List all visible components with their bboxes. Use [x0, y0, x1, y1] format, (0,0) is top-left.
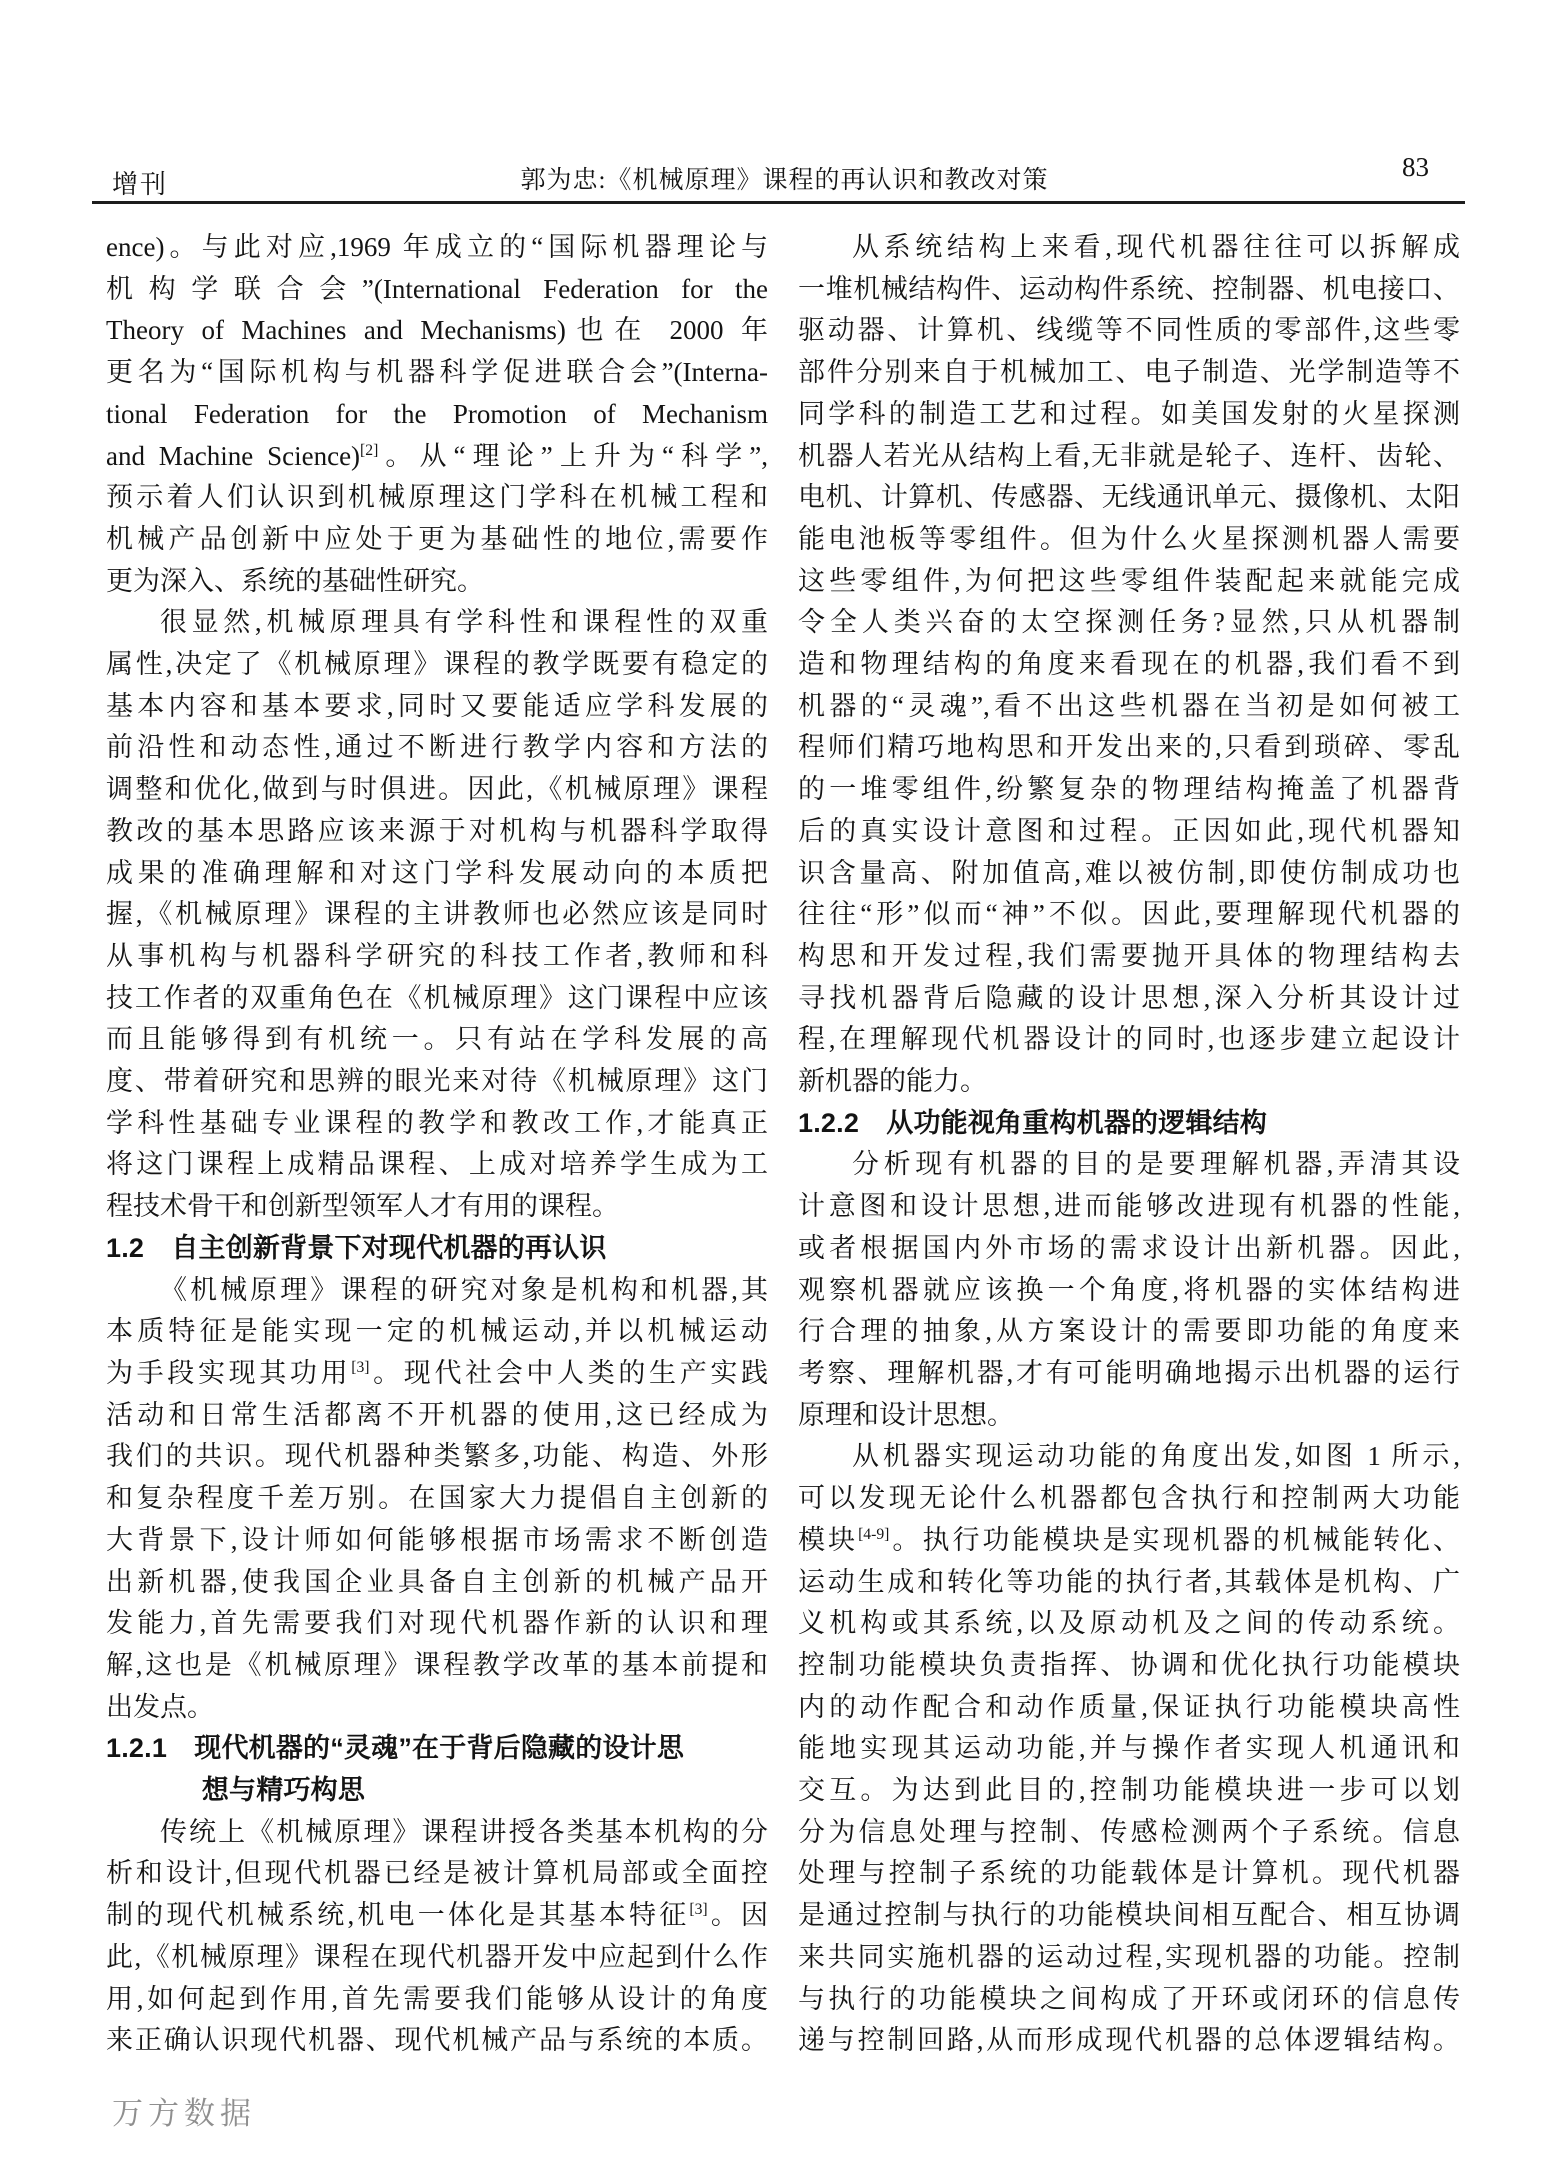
text-line: 电机、计算机、传感器、无线通讯单元、摄像机、太阳: [798, 477, 1460, 519]
text-line: 成果的准确理解和对这门学科发展动向的本质把: [106, 853, 768, 895]
text-line: 学科性基础专业课程的教学和教改工作,才能真正: [106, 1103, 768, 1145]
page-number: 83: [1402, 152, 1429, 183]
text-line: 来共同实施机器的运动过程,实现机器的功能。控制: [798, 1937, 1460, 1979]
text-line: 而且能够得到有机统一。只有站在学科发展的高: [106, 1019, 768, 1061]
text-line: 《机械原理》课程的研究对象是机构和机器,其: [106, 1270, 768, 1312]
text-line: tional Federation for the Promotion of M…: [106, 394, 768, 436]
text-line: and Machine Science)[2]。从“理论”上升为“科学”,: [106, 436, 768, 478]
text-line: 机械产品创新中应处于更为基础性的地位,需要作: [106, 519, 768, 561]
text-line: 程,在理解现代机器设计的同时,也逐步建立起设计: [798, 1019, 1460, 1061]
citation-superscript: [3]: [351, 1359, 369, 1376]
text-line: 机构学联合会”(International Federation for the: [106, 269, 768, 311]
text-line: 我们的共识。现代机器种类繁多,功能、构造、外形: [106, 1436, 768, 1478]
text-line: 计意图和设计思想,进而能够改进现有机器的性能,: [798, 1186, 1460, 1228]
text-line: 寻找机器背后隐藏的设计思想,深入分析其设计过: [798, 978, 1460, 1020]
text-line: 将这门课程上成精品课程、上成对培养学生成为工: [106, 1144, 768, 1186]
text-line: 机器的“灵魂”,看不出这些机器在当初是如何被工: [798, 686, 1460, 728]
text-line: 观察机器就应该换一个角度,将机器的实体结构进: [798, 1270, 1460, 1312]
text-line: 此,《机械原理》课程在现代机器开发中应起到什么作: [106, 1937, 768, 1979]
text-line: 前沿性和动态性,通过不断进行教学内容和方法的: [106, 727, 768, 769]
text-line: 用,如何起到作用,首先需要我们能够从设计的角度: [106, 1979, 768, 2021]
text-line: 的一堆零组件,纷繁复杂的物理结构掩盖了机器背: [798, 769, 1460, 811]
text-line: 教改的基本思路应该来源于对机构与机器科学取得: [106, 811, 768, 853]
text-line: 与执行的功能模块之间构成了开环或闭环的信息传: [798, 1979, 1460, 2021]
text-line: 为手段实现其功用[3]。现代社会中人类的生产实践: [106, 1353, 768, 1395]
text-line: 义机构或其系统,以及原动机及之间的传动系统。: [798, 1603, 1460, 1645]
citation-superscript: [2]: [360, 442, 378, 459]
text-line: 大背景下,设计师如何能够根据市场需求不断创造: [106, 1520, 768, 1562]
text-line: 运动生成和转化等功能的执行者,其载体是机构、广: [798, 1562, 1460, 1604]
text-line: 本质特征是能实现一定的机械运动,并以机械运动: [106, 1311, 768, 1353]
text-line: 处理与控制子系统的功能载体是计算机。现代机器: [798, 1853, 1460, 1895]
text-line: 技工作者的双重角色在《机械原理》这门课程中应该: [106, 978, 768, 1020]
text-line: 度、带着研究和思辨的眼光来对待《机械原理》这门: [106, 1061, 768, 1103]
text-line: 更名为“国际机构与机器科学促进联合会”(Interna-: [106, 352, 768, 394]
text-line: 发能力,首先需要我们对现代机器作新的认识和理: [106, 1603, 768, 1645]
text-line: 活动和日常生活都离不开机器的使用,这已经成为: [106, 1395, 768, 1437]
text-line: 构思和开发过程,我们需要抛开具体的物理结构去: [798, 936, 1460, 978]
document-page: 增刊 郭为忠:《机械原理》课程的再认识和教改对策 83 ence)。与此对应,1…: [0, 0, 1549, 2168]
text-line: 或者根据国内外市场的需求设计出新机器。因此,: [798, 1228, 1460, 1270]
text-line: 从事机构与机器科学研究的科技工作者,教师和科: [106, 936, 768, 978]
text-line: 识含量高、附加值高,难以被仿制,即使仿制成功也: [798, 853, 1460, 895]
text-line: 更为深入、系统的基础性研究。: [106, 561, 768, 603]
text-line: 部件分别来自于机械加工、电子制造、光学制造等不: [798, 352, 1460, 394]
text-line: 一堆机械结构件、运动构件系统、控制器、机电接口、: [798, 269, 1460, 311]
text-line: 基本内容和基本要求,同时又要能适应学科发展的: [106, 686, 768, 728]
text-line: 传统上《机械原理》课程讲授各类基本机构的分: [106, 1812, 768, 1854]
text-line: 驱动器、计算机、线缆等不同性质的零部件,这些零: [798, 310, 1460, 352]
text-line: 递与控制回路,从而形成现代机器的总体逻辑结构。: [798, 2020, 1460, 2062]
text-line: 可以发现无论什么机器都包含执行和控制两大功能: [798, 1478, 1460, 1520]
text-line: 析和设计,但现代机器已经是被计算机局部或全面控: [106, 1853, 768, 1895]
text-line: 控制功能模块负责指挥、协调和优化执行功能模块: [798, 1645, 1460, 1687]
right-column: 从系统结构上来看,现代机器往往可以拆解成一堆机械结构件、运动构件系统、控制器、机…: [798, 227, 1460, 2062]
text-line: 交互。为达到此目的,控制功能模块进一步可以划: [798, 1770, 1460, 1812]
text-line: 考察、理解机器,才有可能明确地揭示出机器的运行: [798, 1353, 1460, 1395]
text-line: 原理和设计思想。: [798, 1395, 1460, 1437]
text-line: 很显然,机械原理具有学科性和课程性的双重: [106, 602, 768, 644]
text-line: 从机器实现运动功能的角度出发,如图 1 所示,: [798, 1436, 1460, 1478]
text-line: 制的现代机械系统,机电一体化是其基本特征[3]。因: [106, 1895, 768, 1937]
text-columns: ence)。与此对应,1969 年成立的“国际机器理论与机构学联合会”(Inte…: [106, 227, 1460, 2062]
text-line: 能电池板等零组件。但为什么火星探测机器人需要: [798, 519, 1460, 561]
text-line: 是通过控制与执行的功能模块间相互配合、相互协调: [798, 1895, 1460, 1937]
page-header: 增刊 郭为忠:《机械原理》课程的再认识和教改对策 83: [108, 150, 1461, 198]
text-line: 和复杂程度千差万别。在国家大力提倡自主创新的: [106, 1478, 768, 1520]
text-line: ence)。与此对应,1969 年成立的“国际机器理论与: [106, 227, 768, 269]
text-line: 属性,决定了《机械原理》课程的教学既要有稳定的: [106, 644, 768, 686]
text-line: 模块[4-9]。执行功能模块是实现机器的机械能转化、: [798, 1520, 1460, 1562]
text-line: 同学科的制造工艺和过程。如美国发射的火星探测: [798, 394, 1460, 436]
watermark: 万方数据: [112, 2088, 256, 2133]
text-line: 程师们精巧地构思和开发出来的,只看到琐碎、零乱: [798, 727, 1460, 769]
text-line: 这些零组件,为何把这些零组件装配起来就能完成: [798, 561, 1460, 603]
section-heading: 1.2.1 现代机器的“灵魂”在于背后隐藏的设计思: [106, 1728, 768, 1770]
text-line: 行合理的抽象,从方案设计的需要即功能的角度来: [798, 1311, 1460, 1353]
text-line: 从系统结构上来看,现代机器往往可以拆解成: [798, 227, 1460, 269]
text-line: 新机器的能力。: [798, 1061, 1460, 1103]
section-heading: 1.2 自主创新背景下对现代机器的再认识: [106, 1228, 768, 1270]
text-line: 出新机器,使我国企业具备自主创新的机械产品开: [106, 1562, 768, 1604]
text-line: 来正确认识现代机器、现代机械产品与系统的本质。: [106, 2020, 768, 2062]
text-line: 分析现有机器的目的是要理解机器,弄清其设: [798, 1144, 1460, 1186]
text-line: 内的动作配合和动作质量,保证执行功能模块高性: [798, 1687, 1460, 1729]
text-line: 后的真实设计意图和过程。正因如此,现代机器知: [798, 811, 1460, 853]
left-column: ence)。与此对应,1969 年成立的“国际机器理论与机构学联合会”(Inte…: [106, 227, 768, 2062]
text-line: 机器人若光从结构上看,无非就是轮子、连杆、齿轮、: [798, 436, 1460, 478]
section-heading: 1.2.2 从功能视角重构机器的逻辑结构: [798, 1103, 1460, 1145]
text-line: 造和物理结构的角度来看现在的机器,我们看不到: [798, 644, 1460, 686]
text-line: 分为信息处理与控制、传感检测两个子系统。信息: [798, 1812, 1460, 1854]
text-line: 往往“形”似而“神”不似。因此,要理解现代机器的: [798, 894, 1460, 936]
text-line: 握,《机械原理》课程的主讲教师也必然应该是同时: [106, 894, 768, 936]
header-rule: [92, 201, 1465, 204]
section-heading: 想与精巧构思: [106, 1770, 768, 1812]
text-line: 出发点。: [106, 1687, 768, 1729]
citation-superscript: [4-9]: [858, 1526, 889, 1543]
text-line: 预示着人们认识到机械原理这门学科在机械工程和: [106, 477, 768, 519]
text-line: 能地实现其运动功能,并与操作者实现人机通讯和: [798, 1728, 1460, 1770]
text-line: 令全人类兴奋的太空探测任务?显然,只从机器制: [798, 602, 1460, 644]
running-title: 郭为忠:《机械原理》课程的再认识和教改对策: [108, 160, 1461, 196]
text-line: 调整和优化,做到与时俱进。因此,《机械原理》课程: [106, 769, 768, 811]
text-line: 解,这也是《机械原理》课程教学改革的基本前提和: [106, 1645, 768, 1687]
text-line: 程技术骨干和创新型领军人才有用的课程。: [106, 1186, 768, 1228]
citation-superscript: [3]: [689, 1901, 707, 1918]
text-line: Theory of Machines and Mechanisms)也在 200…: [106, 310, 768, 352]
